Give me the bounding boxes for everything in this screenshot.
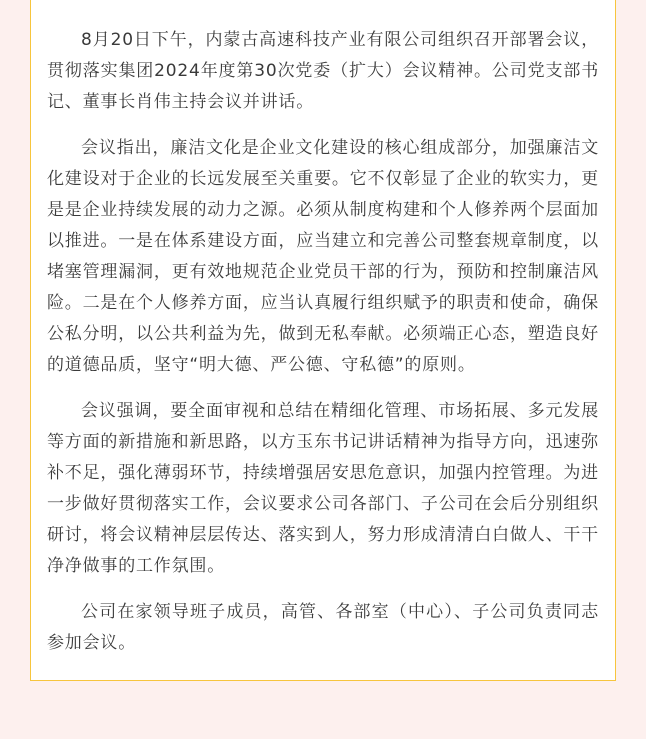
article-paragraph-3: 会议强调，要全面审视和总结在精细化管理、市场拓展、多元发展等方面的新措施和新思路… bbox=[47, 396, 599, 582]
article-paragraph-1: 8月20日下午，内蒙古高速科技产业有限公司组织召开部署会议，贯彻落实集团2024… bbox=[47, 25, 599, 118]
article-card: 8月20日下午，内蒙古高速科技产业有限公司组织召开部署会议，贯彻落实集团2024… bbox=[30, 0, 616, 681]
article-paragraph-4: 公司在家领导班子成员，高管、各部室（中心）、子公司负责同志参加会议。 bbox=[47, 597, 599, 659]
article-paragraph-2: 会议指出，廉洁文化是企业文化建设的核心组成部分，加强廉洁文化建设对于企业的长远发… bbox=[47, 133, 599, 381]
